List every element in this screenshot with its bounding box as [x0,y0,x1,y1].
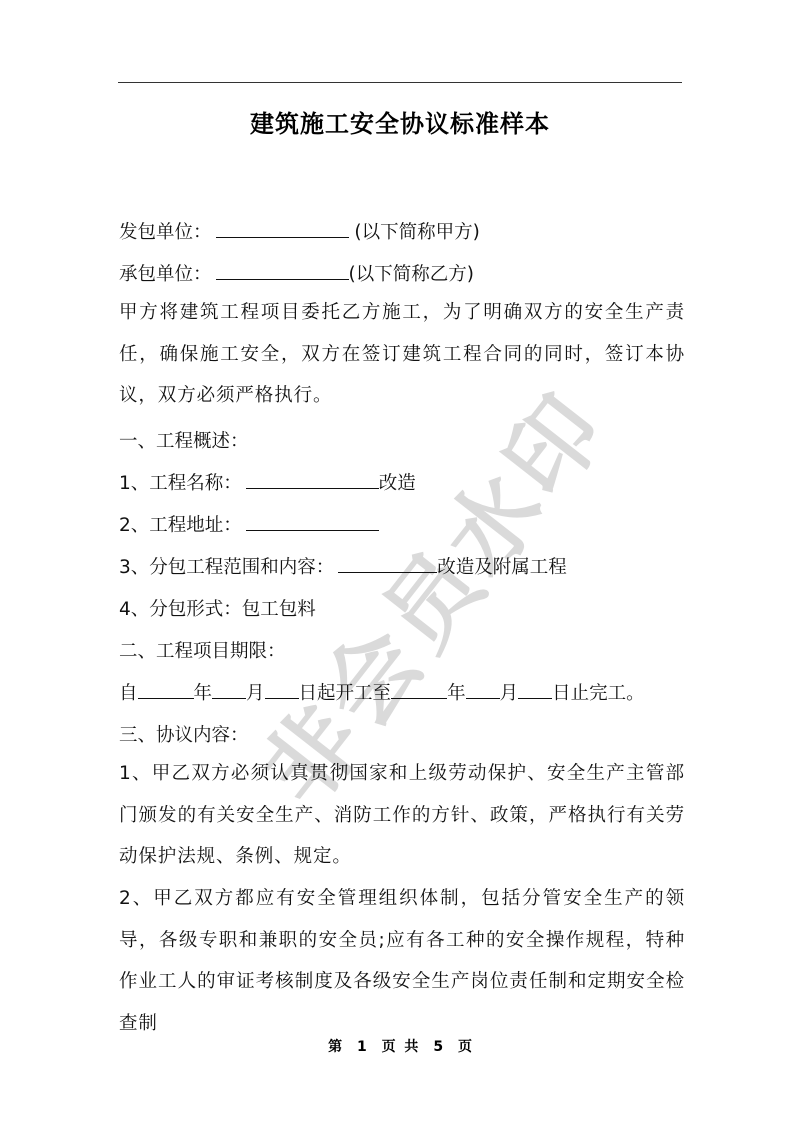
project-name-line: 1、工程名称：改造 [119,469,416,495]
start-month-blank[interactable] [212,681,246,699]
party-a-label: 发包单位： [119,222,212,243]
party-a-blank[interactable] [216,220,349,238]
start-year-blank[interactable] [138,681,194,699]
subcontract-scope-line: 3、分包工程范围和内容：改造及附属工程 [119,553,567,579]
page-footer: 第 1 页 共 5 页 [0,1036,800,1056]
end-day-blank[interactable] [518,681,552,699]
party-b-line: 承包单位：(以下简称乙方) [119,260,474,286]
header-rule [118,82,682,83]
project-address-line: 2、工程地址： [119,511,379,537]
clause-2: 2、甲乙双方都应有安全管理组织体制，包括分管安全生产的领导，各级专职和兼职的安全… [119,878,685,1044]
party-b-blank[interactable] [216,262,349,280]
project-address-blank[interactable] [246,513,379,531]
page-current: 1 [357,1039,367,1055]
party-a-suffix: (以下简称甲方) [354,222,479,243]
project-name-blank[interactable] [246,471,379,489]
document-title: 建筑施工安全协议标准样本 [0,104,800,139]
period-month2: 月 [500,683,519,704]
end-month-blank[interactable] [466,681,500,699]
period-from: 自 [119,683,138,704]
page-prefix: 第 [328,1039,342,1055]
project-address-label: 2、工程地址： [119,515,242,536]
section1-heading: 一、工程概述： [119,427,249,453]
period-month1: 月 [246,683,265,704]
period-end: 日止完工。 [552,683,645,704]
page-total: 5 [433,1039,443,1055]
party-b-suffix: (以下简称乙方) [349,264,474,285]
project-name-suffix: 改造 [379,473,416,494]
page-suffix: 页 [458,1039,472,1055]
period-start: 日起开工至 [299,683,392,704]
period-year2: 年 [447,683,466,704]
section2-heading: 二、工程项目期限： [119,637,286,663]
clause-1: 1、甲乙双方必须认真贯彻国家和上级劳动保护、安全生产主管部门颁发的有关安全生产、… [119,753,685,878]
party-a-line: 发包单位： (以下简称甲方) [119,218,480,244]
start-day-blank[interactable] [265,681,299,699]
intro-paragraph: 甲方将建筑工程项目委托乙方施工，为了明确双方的安全生产责任，确保施工安全，双方在… [119,292,685,417]
project-period-line: 自年月日起开工至年月日止完工。 [119,679,645,705]
subcontract-form-line: 4、分包形式：包工包料 [119,595,316,621]
subcontract-scope-suffix: 改造及附属工程 [437,557,567,578]
period-year1: 年 [194,683,213,704]
page-mid: 页 共 [382,1039,419,1055]
section3-heading: 三、协议内容： [119,721,249,747]
subcontract-scope-blank[interactable] [338,555,437,573]
party-b-label: 承包单位： [119,264,212,285]
end-year-blank[interactable] [391,681,447,699]
project-name-label: 1、工程名称： [119,473,242,494]
subcontract-scope-label: 3、分包工程范围和内容： [119,557,334,578]
